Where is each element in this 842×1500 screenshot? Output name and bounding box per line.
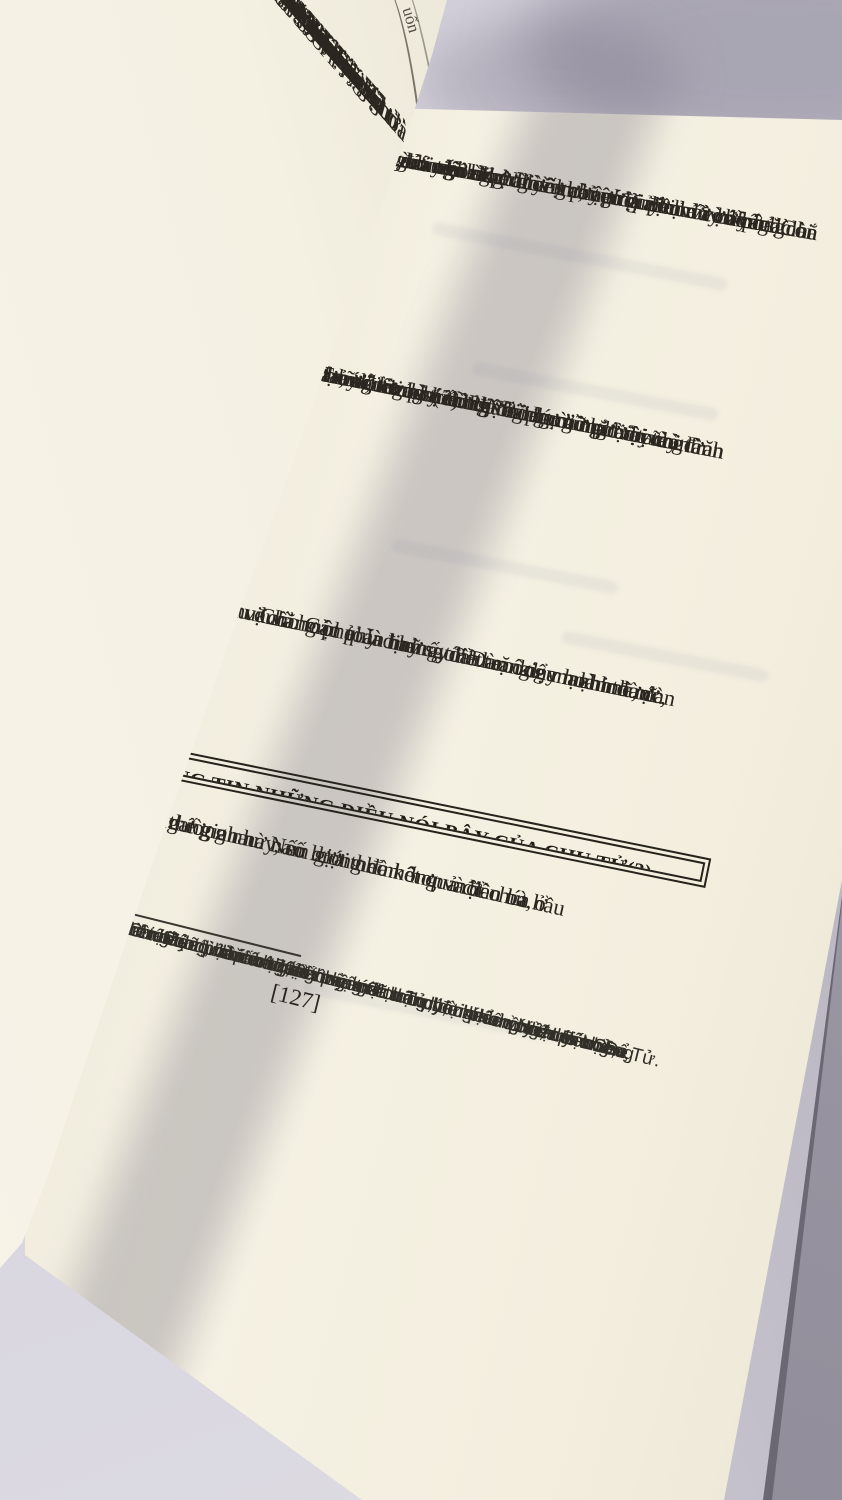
book-photo: khi đã là vợ thì người phụ nữ chỉ còn cá… <box>0 0 842 1500</box>
text-line: ười vợ vẫn phải <box>202 0 326 56</box>
